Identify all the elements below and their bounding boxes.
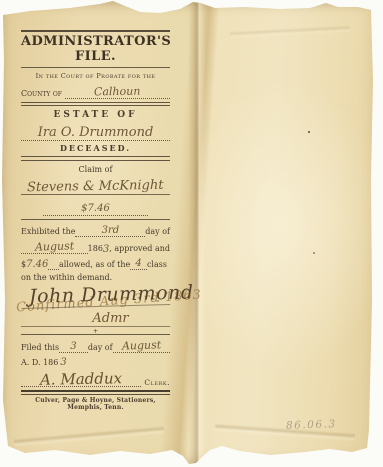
clerk-leader: A. Maddux [21, 370, 141, 387]
paper-speck [313, 252, 315, 254]
scan-background: ADMINISTRATOR'S FILE. In the Court of Pr… [0, 0, 383, 467]
exhibited-year-prefix: 186 [88, 244, 103, 254]
county-value-handwritten: Calhoun [94, 84, 141, 99]
class-value-handwritten: 4 [135, 258, 141, 271]
demand-text: on the within demand. [21, 273, 170, 282]
ad-year-line: A. D. 186 3 [21, 357, 170, 367]
exhibited-line-2: August 186 3 , approved and [21, 240, 170, 254]
rule-double [21, 102, 170, 107]
county-leader: Calhoun [65, 85, 170, 99]
rule-heavy [21, 390, 170, 395]
administrator-signature-handwritten: John Drummond [21, 282, 171, 309]
allowed-leader [48, 269, 59, 270]
claimant-line: Stevens & McKnight [21, 175, 170, 195]
exhibited-day-suffix: day of [145, 227, 170, 237]
printer-credit: Culver, Page & Hoyne, Stationers, Memphi… [21, 397, 170, 411]
allowed-text: allowed, as of the [59, 260, 130, 270]
administrators-file-form: ADMINISTRATOR'S FILE. In the Court of Pr… [21, 30, 170, 411]
exhibited-month-leader: August [21, 240, 88, 254]
clerk-signature-handwritten: A. Maddux [40, 370, 122, 389]
allowed-amount-handwritten: 7.46 [26, 259, 48, 272]
rule-top [21, 30, 170, 32]
form-title: ADMINISTRATOR'S FILE. [21, 35, 170, 65]
crease-top-right [230, 25, 350, 39]
filed-month-leader: August [113, 339, 170, 353]
exhibited-prefix: Exhibited the [21, 227, 75, 237]
filed-month-handwritten: August [121, 339, 161, 354]
filed-day-handwritten: 3 [70, 341, 76, 354]
catalog-number-pencil: 86.06.3 [286, 418, 337, 432]
paper-speck [308, 131, 310, 133]
ad-year-prefix: A. D. 186 [21, 358, 58, 367]
county-line: County of Calhoun [21, 85, 170, 99]
deceased-label: DECEASED. [21, 143, 170, 153]
exhibited-month-handwritten: August [34, 240, 74, 255]
court-line: In the Court of Probate for the [21, 72, 170, 80]
filed-prefix: Filed this [21, 343, 59, 353]
crease-bottom-left [14, 425, 164, 447]
administrator-title-handwritten: Admr [62, 311, 128, 326]
filed-line: Filed this 3 day of August [21, 339, 170, 353]
exhibited-day-leader: 3rd [75, 225, 145, 237]
clerk-line: A. Maddux Clerk. [21, 370, 170, 387]
claim-amount-line: $7.46 [43, 196, 147, 216]
exhibited-approved-suffix: , approved and [109, 244, 170, 254]
class-leader: 4 [130, 258, 147, 270]
fold-crease [188, 0, 206, 467]
exhibited-line-1: Exhibited the 3rd day of [21, 225, 170, 237]
exhibited-line-3: $ 7.46 allowed, as of the 4 class [21, 258, 170, 270]
exhibited-day-handwritten: 3rd [102, 225, 120, 238]
estate-label: ESTATE OF [21, 110, 170, 120]
clerk-label: Clerk. [141, 378, 170, 387]
county-label: County of [21, 89, 65, 99]
rule-under-title [21, 67, 170, 68]
rule-double [21, 156, 170, 161]
document-paper: ADMINISTRATOR'S FILE. In the Court of Pr… [0, 0, 383, 467]
ad-year-handwritten: 3 [60, 357, 66, 368]
claim-amount-handwritten: $7.46 [81, 203, 110, 214]
filed-day-leader: 3 [59, 341, 88, 353]
class-suffix: class [147, 260, 167, 270]
claimant-name-handwritten: Stevens & McKnight [27, 178, 164, 195]
estate-value-handwritten: Ira O. Drummond [38, 125, 154, 140]
filed-section: Filed this 3 day of August A. D. 186 3 A… [21, 339, 170, 387]
exhibited-section: Exhibited the 3rd day of August 186 3 , … [21, 225, 170, 283]
estate-value-line: Ira O. Drummond [21, 121, 170, 141]
claim-label: Claim of [21, 165, 170, 174]
rule-thin [21, 219, 170, 220]
filed-day-suffix: day of [88, 343, 113, 353]
